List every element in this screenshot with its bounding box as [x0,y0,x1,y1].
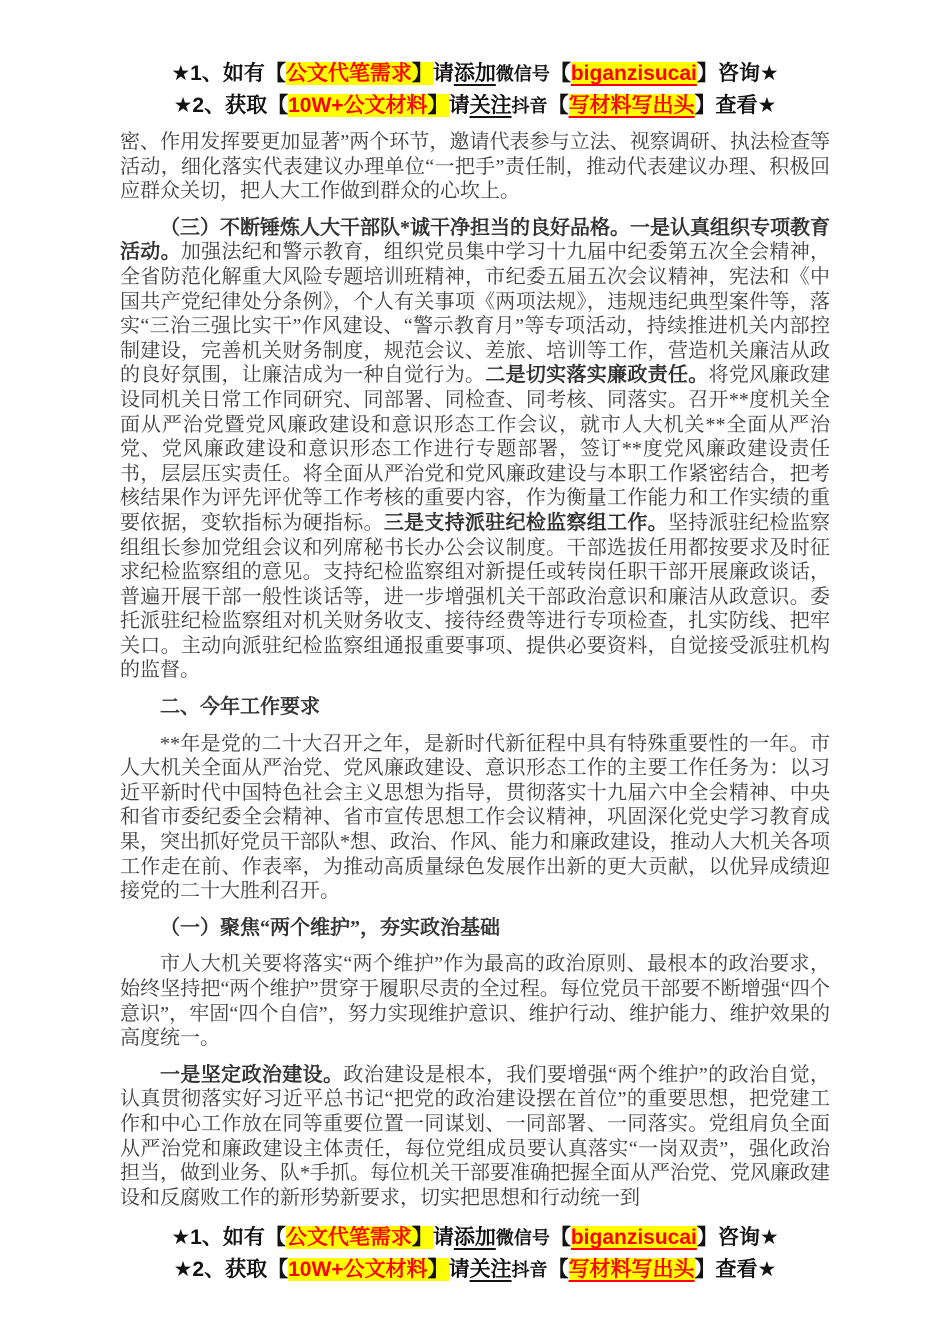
banner-mid: 请 [449,94,470,117]
banner-suffix: 】查看★ [695,94,777,117]
banner-underline-follow: 关注 [470,1258,512,1281]
subsection-heading-one: （一）聚焦“两个维护”，夯实政治基础 [120,916,830,941]
banner-wechat-label: 微信号 [496,64,550,84]
banner-prefix: ★1、如有【 [171,1226,286,1249]
banner-mid: 请 [433,1226,454,1249]
paragraph-section-three: （三）不断锤炼人大干部队*诚干净担当的良好品格。一是认真组织专项教育活动。加强法… [120,216,830,683]
paragraph-two-upholds: 市人大机关要将落实“两个维护”作为最高的政治原则、最根本的政治要求，始终坚持把“… [120,952,830,1050]
banner-top-line-1: ★1、如有【公文代笔需求】请添加微信号【biganzisucai】咨询★ [120,58,830,90]
banner-douyin-label: 抖音 [512,96,548,116]
text-run: 坚持派驻纪检监察组组长参加党组会议和列席秘书长办公会议制度。干部选拔任用都按要求… [120,512,830,682]
bold-run-second-point: 二是切实落实廉政责任。 [485,364,708,386]
promo-banner-top: ★1、如有【公文代笔需求】请添加微信号【biganzisucai】咨询★ ★2、… [120,58,830,122]
banner-suffix: 】咨询★ [697,62,779,85]
banner-underline-follow: 关注 [470,94,512,117]
banner-prefix: ★1、如有【 [171,62,286,85]
banner-douyin-id: 写材料写出头 [569,94,695,117]
banner-bracket-highlighted: 】 [412,1226,433,1249]
banner-bottom-line-2: ★2、获取【10W+公文材料】请关注抖音【写材料写出头】查看★ [120,1254,830,1286]
banner-douyin-id: 写材料写出头 [569,1258,695,1281]
banner-mid: 请 [433,62,454,85]
text-run: 将党风廉政建设同机关日常工作同研究、同部署、同检查、同考核、同落实。召开**度机… [120,364,830,534]
banner-mid: 请 [449,1258,470,1281]
paragraph-year-overview: **年是党的二十大召开之年，是新时代新征程中具有特殊重要性的一年。市人大机关全面… [120,732,830,904]
banner-wechat-label: 微信号 [496,1228,550,1248]
paragraph-political-building: 一是坚定政治建设。政治建设是根本，我们要增强“两个维护”的政治自觉，认真贯彻落实… [120,1063,830,1211]
banner-bracket-highlighted: 】 [428,94,449,117]
section-heading-two: 二、今年工作要求 [120,695,830,720]
paragraph-continuation: 密、作用发挥要更加显著”两个环节，邀请代表参与立法、视察调研、执法检查等活动，细… [120,130,830,204]
banner-bracket-highlighted: 】 [412,62,433,85]
document-page: ★1、如有【公文代笔需求】请添加微信号【biganzisucai】咨询★ ★2、… [0,0,950,1344]
banner-underline-add: 添加 [454,1226,496,1249]
banner-underline-add: 添加 [454,62,496,85]
banner-highlight-materials: 10W+公文材料 [288,94,427,117]
banner-wechat-id: biganzisucai [571,62,697,85]
banner-bracket-highlighted: 】 [428,1258,449,1281]
bold-run-third-point: 三是支持派驻纪检监察组工作。 [384,512,668,534]
banner-prefix: ★2、获取【 [174,94,289,117]
banner-suffix: 】查看★ [695,1258,777,1281]
banner-bracket: 【 [548,94,569,117]
banner-bracket: 【 [550,62,571,85]
banner-top-line-2: ★2、获取【10W+公文材料】请关注抖音【写材料写出头】查看★ [120,90,830,122]
banner-wechat-id: biganzisucai [571,1226,697,1249]
banner-highlight-service: 公文代笔需求 [286,62,412,85]
banner-prefix: ★2、获取【 [174,1258,289,1281]
banner-bracket: 【 [548,1258,569,1281]
bold-run-first-point: 一是坚定政治建设。 [160,1064,343,1086]
banner-bottom-line-1: ★1、如有【公文代笔需求】请添加微信号【biganzisucai】咨询★ [120,1222,830,1254]
banner-suffix: 】咨询★ [697,1226,779,1249]
banner-highlight-service: 公文代笔需求 [286,1226,412,1249]
promo-banner-bottom: ★1、如有【公文代笔需求】请添加微信号【biganzisucai】咨询★ ★2、… [120,1222,830,1286]
banner-bracket: 【 [550,1226,571,1249]
banner-highlight-materials: 10W+公文材料 [288,1258,427,1281]
banner-douyin-label: 抖音 [512,1260,548,1280]
document-body: 密、作用发挥要更加显著”两个环节，邀请代表参与立法、视察调研、执法检查等活动，细… [120,130,830,1210]
